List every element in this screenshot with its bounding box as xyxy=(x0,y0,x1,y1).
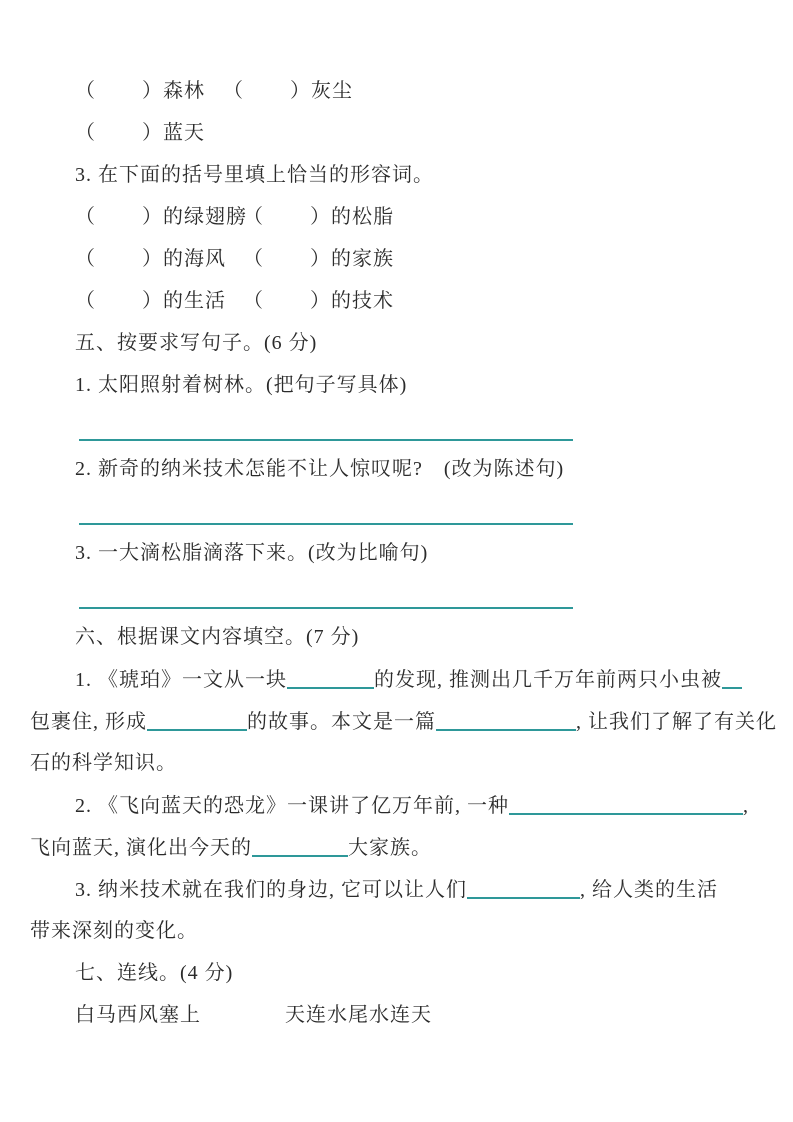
adjective-word: 的海风 xyxy=(163,248,226,270)
sentence-text: 石的科学知识。 xyxy=(30,752,177,774)
paren-blank-group: （）蓝天 xyxy=(75,112,223,154)
answer-line-row xyxy=(30,490,773,532)
adjective-fill-row-2: （）的海风（）的家族 xyxy=(30,238,773,280)
answer-writing-line xyxy=(79,490,573,525)
fill-blank-underline xyxy=(436,703,576,731)
question-text: 3. 一大滴松脂滴落下来。(改为比喻句) xyxy=(75,542,428,564)
sentence-text: , 给人类的生活 xyxy=(580,879,718,901)
paren-open: （ xyxy=(75,80,96,102)
fill-blank-underline xyxy=(509,787,743,815)
sentence-text: 的发现, 推测出几千万年前两只小虫被 xyxy=(374,669,722,691)
sentence-text: 包裹住, 形成 xyxy=(30,711,147,733)
fill-blank-underline xyxy=(252,829,348,857)
answer-writing-line xyxy=(79,574,573,609)
fill-blank-underline xyxy=(467,871,580,899)
section7-match-row: 白马西风塞上天连水尾水连天 xyxy=(30,994,773,1036)
answer-line-row xyxy=(30,406,773,448)
section6-q2-line1: 2. 《飞向蓝天的恐龙》一课讲了亿万年前, 一种, xyxy=(30,784,773,826)
heading-text: 六、根据课文内容填空。(7 分) xyxy=(75,626,359,648)
paren-close: ） xyxy=(290,80,311,102)
paren-open: （ xyxy=(243,248,264,270)
paren-open: （ xyxy=(75,290,96,312)
paren-close: ） xyxy=(142,248,163,270)
sentence-text: 大家族。 xyxy=(348,837,432,859)
paren-blank-group: （）的绿翅膀 xyxy=(75,196,243,238)
adjective-word: 的松脂 xyxy=(331,206,394,228)
sentence-text: 3. 纳米技术就在我们的身边, 它可以让人们 xyxy=(75,879,467,901)
sentence-text: , 让我们了解了有关化 xyxy=(576,711,777,733)
paren-open: （ xyxy=(223,80,244,102)
noun-fill-row-1: （）森林（）灰尘 xyxy=(30,70,773,112)
section5-question-2: 2. 新奇的纳米技术怎能不让人惊叹呢? (改为陈述句) xyxy=(30,448,773,490)
fill-blank-underline xyxy=(722,661,742,689)
adjective-fill-row-1: （）的绿翅膀（）的松脂 xyxy=(30,196,773,238)
fill-blank-underline xyxy=(287,661,374,689)
paren-open: （ xyxy=(75,122,96,144)
paren-blank-group: （）的海风 xyxy=(75,238,243,280)
paren-blank-group: （）的松脂 xyxy=(243,196,394,238)
section6-q3-line2: 带来深刻的变化。 xyxy=(30,910,773,952)
section6-heading: 六、根据课文内容填空。(7 分) xyxy=(30,616,773,658)
paren-blank-group: （）的家族 xyxy=(243,238,394,280)
section7-heading: 七、连线。(4 分) xyxy=(30,952,773,994)
heading-text: 五、按要求写句子。(6 分) xyxy=(75,332,317,354)
paren-close: ） xyxy=(142,290,163,312)
section6-q3-line1: 3. 纳米技术就在我们的身边, 它可以让人们, 给人类的生活 xyxy=(30,868,773,910)
paren-close: ） xyxy=(142,80,163,102)
paren-close: ） xyxy=(310,290,331,312)
paren-blank-group: （）的生活 xyxy=(75,280,243,322)
paren-open: （ xyxy=(243,290,264,312)
sentence-text: 2. 《飞向蓝天的恐龙》一课讲了亿万年前, 一种 xyxy=(75,795,509,817)
answer-line-row xyxy=(30,574,773,616)
section6-q1-line2: 包裹住, 形成的故事。本文是一篇, 让我们了解了有关化 xyxy=(30,700,773,742)
paren-open: （ xyxy=(75,248,96,270)
noun-word: 森林 xyxy=(163,80,205,102)
answer-writing-line xyxy=(79,406,573,441)
section6-q1-line3: 石的科学知识。 xyxy=(30,742,773,784)
paren-close: ） xyxy=(310,206,331,228)
noun-word: 蓝天 xyxy=(163,122,205,144)
question-text: 2. 新奇的纳米技术怎能不让人惊叹呢? (改为陈述句) xyxy=(75,458,564,480)
fill-blank-underline xyxy=(147,703,247,731)
paren-blank-group: （）灰尘 xyxy=(223,70,353,112)
paren-close: ） xyxy=(142,206,163,228)
adjective-fill-instruction: 3. 在下面的括号里填上恰当的形容词。 xyxy=(30,154,773,196)
section5-question-3: 3. 一大滴松脂滴落下来。(改为比喻句) xyxy=(30,532,773,574)
sentence-text: 的故事。本文是一篇 xyxy=(247,711,436,733)
adjective-fill-row-3: （）的生活（）的技术 xyxy=(30,280,773,322)
sentence-text: 带来深刻的变化。 xyxy=(30,920,198,942)
noun-fill-row-2: （）蓝天 xyxy=(30,112,773,154)
noun-word: 灰尘 xyxy=(311,80,353,102)
sentence-text: , xyxy=(743,795,749,817)
paren-close: ） xyxy=(310,248,331,270)
section5-question-1: 1. 太阳照射着树林。(把句子写具体) xyxy=(30,364,773,406)
section6-q1-line1: 1. 《琥珀》一文从一块的发现, 推测出几千万年前两只小虫被 xyxy=(30,658,773,700)
sentence-text: 飞向蓝天, 演化出今天的 xyxy=(30,837,252,859)
paren-blank-group: （）森林 xyxy=(75,70,223,112)
sentence-text: 1. 《琥珀》一文从一块 xyxy=(75,669,287,691)
match-item-left: 白马西风塞上 xyxy=(75,994,285,1036)
question-text: 1. 太阳照射着树林。(把句子写具体) xyxy=(75,374,407,396)
section6-q2-line2: 飞向蓝天, 演化出今天的大家族。 xyxy=(30,826,773,868)
section5-heading: 五、按要求写句子。(6 分) xyxy=(30,322,773,364)
match-item-right: 天连水尾水连天 xyxy=(285,1004,432,1026)
adjective-word: 的生活 xyxy=(163,290,226,312)
paren-blank-group: （）的技术 xyxy=(243,280,394,322)
paren-close: ） xyxy=(142,122,163,144)
worksheet-page: （）森林（）灰尘 （）蓝天 3. 在下面的括号里填上恰当的形容词。 （）的绿翅膀… xyxy=(0,0,793,1122)
instruction-text: 3. 在下面的括号里填上恰当的形容词。 xyxy=(75,164,434,186)
paren-open: （ xyxy=(243,206,264,228)
adjective-word: 的技术 xyxy=(331,290,394,312)
adjective-word: 的绿翅膀 xyxy=(163,206,247,228)
heading-text: 七、连线。(4 分) xyxy=(75,962,233,984)
paren-open: （ xyxy=(75,206,96,228)
adjective-word: 的家族 xyxy=(331,248,394,270)
